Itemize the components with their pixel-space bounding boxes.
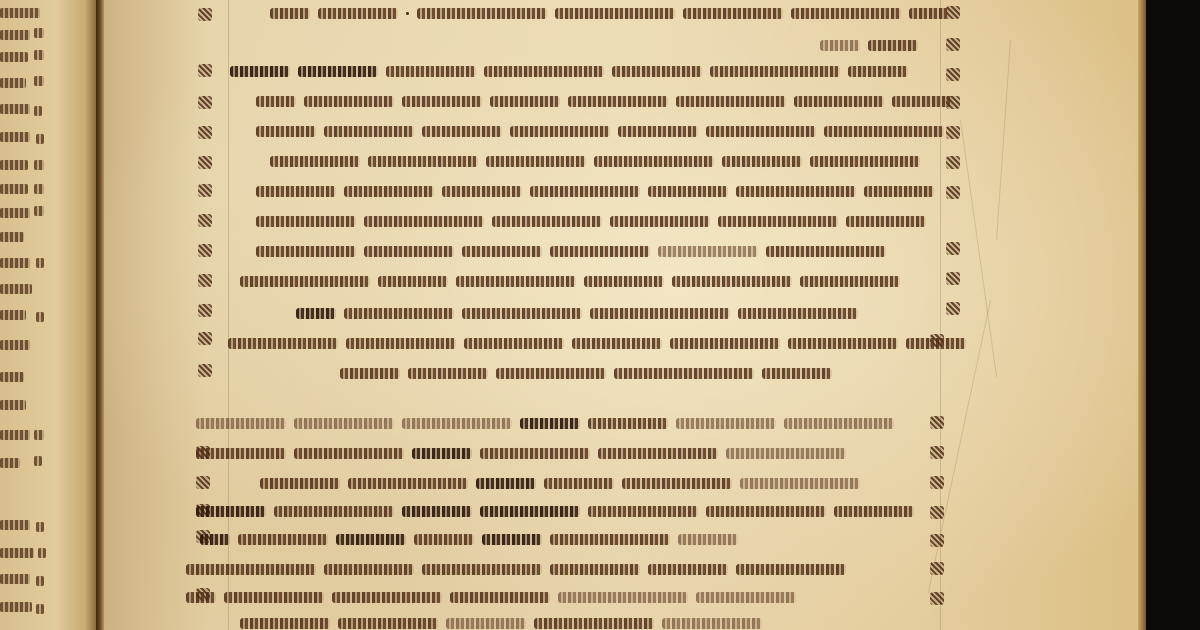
text-line xyxy=(256,180,934,202)
text-line xyxy=(196,442,846,464)
text-line xyxy=(196,412,894,434)
text-line xyxy=(340,362,832,384)
text-line xyxy=(256,120,944,142)
text-line xyxy=(256,210,926,232)
text-line xyxy=(186,586,796,608)
text-line xyxy=(260,472,860,494)
book-gutter xyxy=(96,0,104,630)
text-line xyxy=(296,302,858,324)
text-line xyxy=(186,558,846,580)
text-line xyxy=(820,34,918,56)
text-line xyxy=(196,500,914,522)
text-line xyxy=(256,90,952,112)
text-line xyxy=(256,240,886,262)
page-edge xyxy=(1138,0,1146,630)
manuscript-photo: Close-up photograph of a parchment manus… xyxy=(0,0,1200,630)
text-line xyxy=(270,2,949,24)
text-line xyxy=(270,150,920,172)
text-line xyxy=(200,528,738,550)
text-line xyxy=(230,60,908,82)
text-line xyxy=(240,270,900,292)
text-line xyxy=(228,332,966,354)
text-line xyxy=(240,612,762,630)
